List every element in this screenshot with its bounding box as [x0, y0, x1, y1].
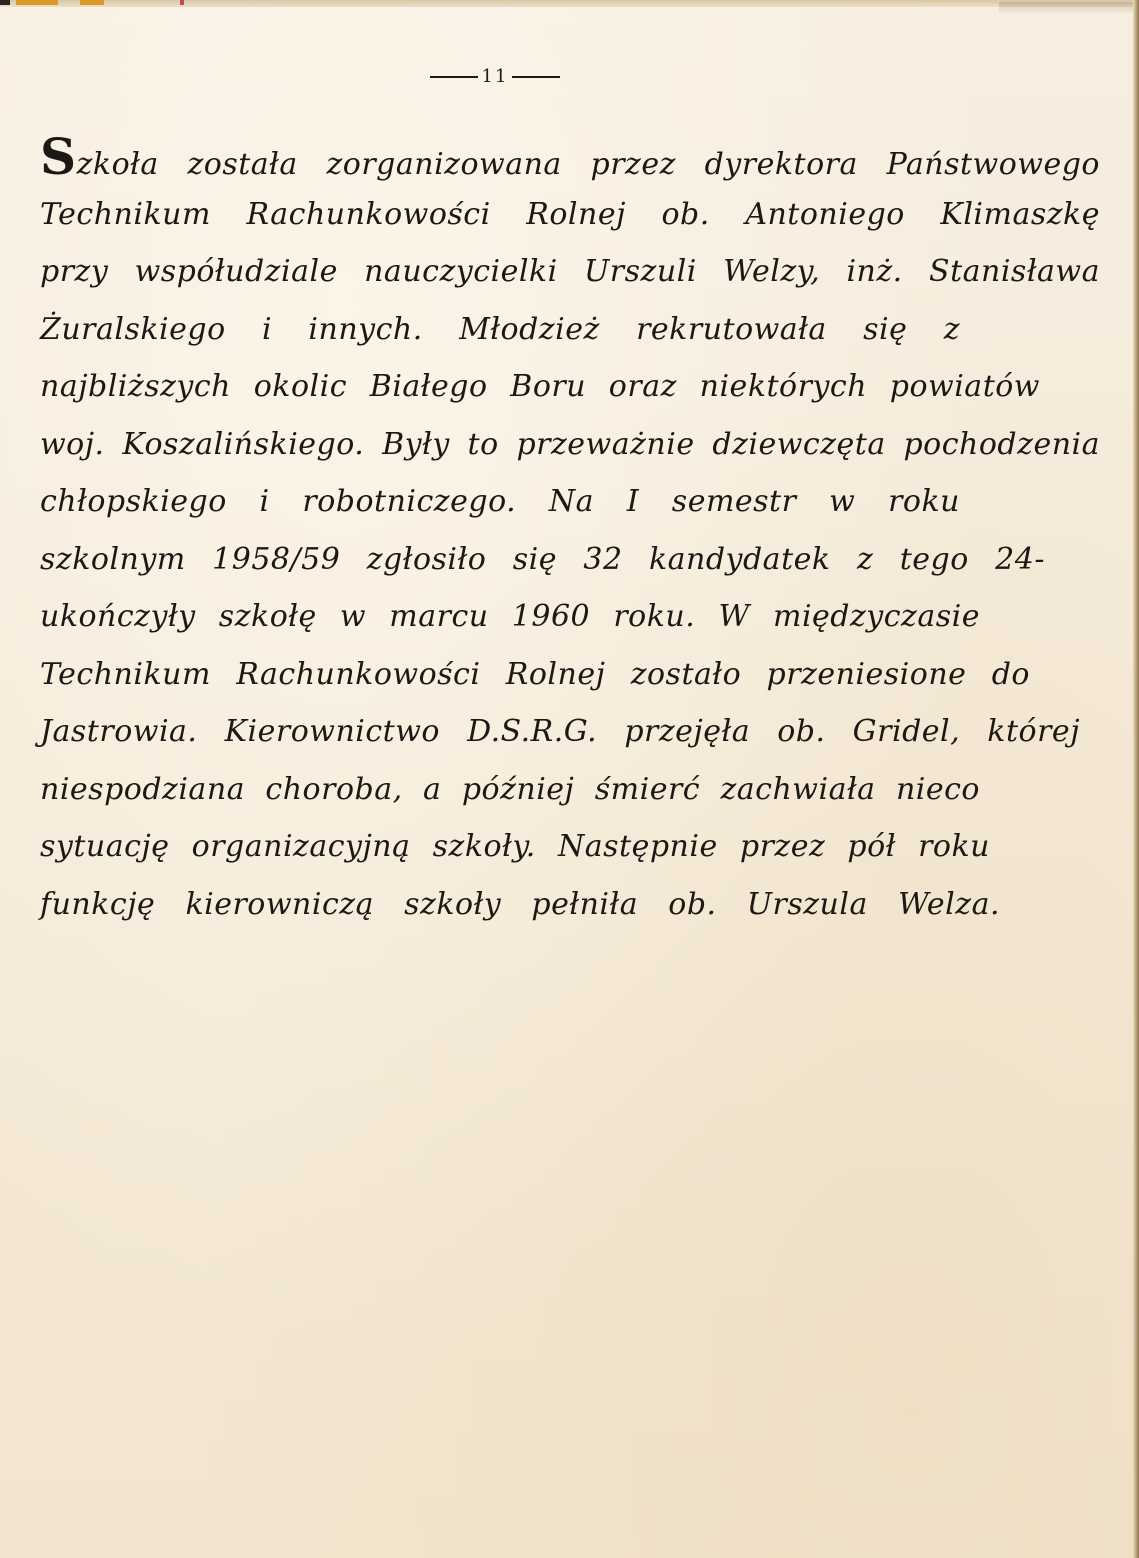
- document-page: 11 Szkoła została zorganizowana przez dy…: [0, 0, 1139, 1558]
- text-line-7: chłopskiego i robotniczego. Na I semestr…: [40, 473, 960, 531]
- text-line-3: przy współudziale nauczycielki Urszuli W…: [40, 243, 1100, 301]
- color-swatch: [0, 0, 10, 5]
- page-number-value: 11: [482, 66, 509, 87]
- page-number-dash-left: [430, 76, 478, 78]
- text-line-14: funkcję kierowniczą szkoły pełniła ob. U…: [40, 876, 1000, 934]
- text-line-4: Żuralskiego i innych. Młodzież rekrutowa…: [40, 301, 960, 359]
- text-line-9: ukończyły szkołę w marcu 1960 roku. W mi…: [40, 588, 980, 646]
- page-edge-shadow: [999, 2, 1139, 14]
- scan-top-strip: [0, 0, 1139, 7]
- page-number: 11: [420, 66, 570, 87]
- page-right-edge: [1133, 0, 1139, 1558]
- text-line-5: najbliższych okolic Białego Boru oraz ni…: [40, 358, 1040, 416]
- text-line-11: Jastrowia. Kierownictwo D.S.R.G. przejęł…: [40, 703, 1080, 761]
- text-line-1: Szkoła została zorganizowana przez dyrek…: [40, 128, 1100, 186]
- decorated-initial: S: [40, 127, 77, 186]
- color-swatch: [180, 0, 184, 5]
- page-number-dash-right: [512, 76, 560, 78]
- text-line-12: niespodziana choroba, a później śmierć z…: [40, 761, 980, 819]
- color-swatch: [16, 0, 58, 5]
- text-line-13: sytuację organizacyjną szkoły. Następnie…: [40, 818, 990, 876]
- handwritten-text-block: Szkoła została zorganizowana przez dyrek…: [40, 128, 1100, 933]
- text-line-1-rest: zkoła została zorganizowana przez dyrekt…: [77, 147, 1100, 182]
- text-line-8: szkolnym 1958/59 zgłosiło się 32 kandyda…: [40, 531, 1045, 589]
- text-line-2: Technikum Rachunkowości Rolnej ob. Anton…: [40, 186, 1100, 244]
- text-line-6: woj. Koszalińskiego. Były to przeważnie …: [40, 416, 1100, 474]
- color-swatch: [80, 0, 104, 5]
- text-line-10: Technikum Rachunkowości Rolnej zostało p…: [40, 646, 1030, 704]
